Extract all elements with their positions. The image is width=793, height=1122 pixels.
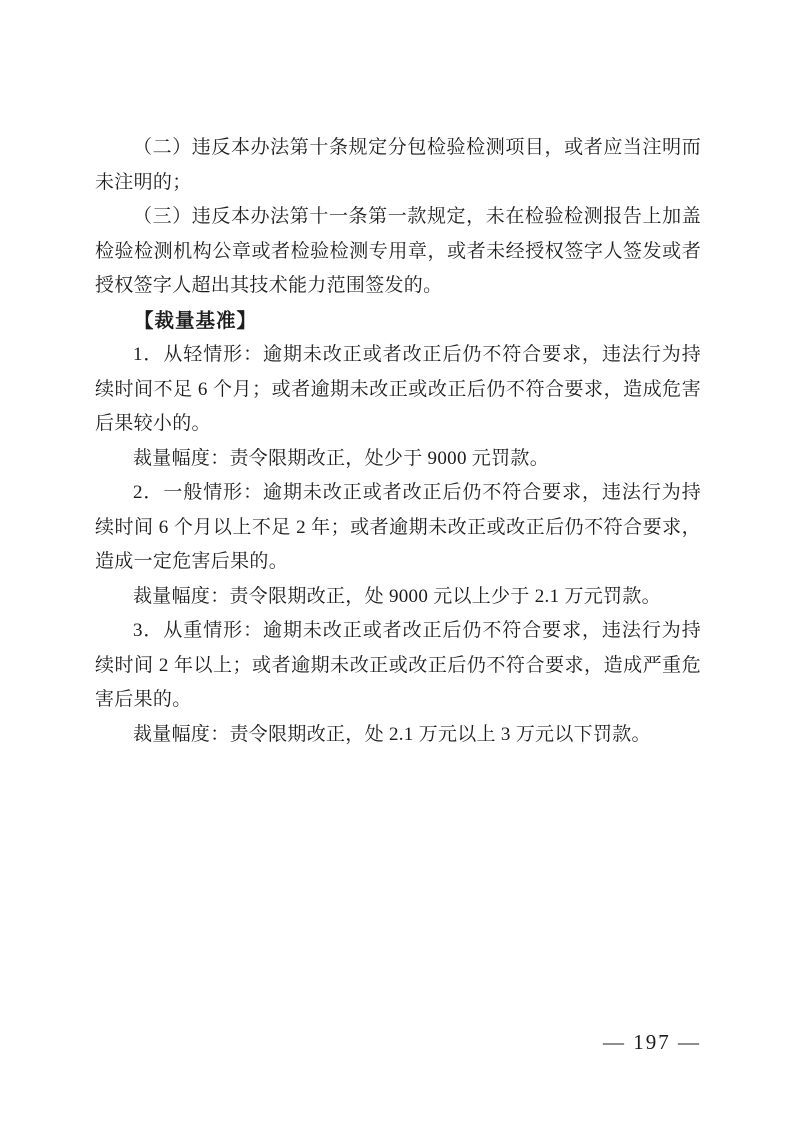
paragraph-severe-circumstance: 3．从重情形：逾期未改正或者改正后仍不符合要求，违法行为持续时间 2 年以上；或… <box>95 614 701 718</box>
page-footer: — 197 — <box>603 1030 701 1055</box>
paragraph-lenient-circumstance: 1．从轻情形：逾期未改正或者改正后仍不符合要求，违法行为持续时间不足 6 个月；… <box>95 338 701 442</box>
page-number: — 197 — <box>603 1030 701 1054</box>
paragraph-clause-3: （三）违反本办法第十一条第一款规定，未在检验检测报告上加盖检验检测机构公章或者检… <box>95 200 701 304</box>
paragraph-general-circumstance: 2．一般情形：逾期未改正或者改正后仍不符合要求，违法行为持续时间 6 个月以上不… <box>95 476 701 580</box>
paragraph-severe-range: 裁量幅度：责令限期改正，处 2.1 万元以上 3 万元以下罚款。 <box>95 718 701 753</box>
document-body: （二）违反本办法第十条规定分包检验检测项目，或者应当注明而未注明的； （三）违反… <box>95 131 701 752</box>
document-page: （二）违反本办法第十条规定分包检验检测项目，或者应当注明而未注明的； （三）违反… <box>0 0 793 1122</box>
paragraph-general-range: 裁量幅度：责令限期改正，处 9000 元以上少于 2.1 万元罚款。 <box>95 580 701 615</box>
paragraph-clause-2: （二）违反本办法第十条规定分包检验检测项目，或者应当注明而未注明的； <box>95 131 701 200</box>
section-heading-discretion-benchmark: 【裁量基准】 <box>95 304 701 339</box>
paragraph-lenient-range: 裁量幅度：责令限期改正，处少于 9000 元罚款。 <box>95 442 701 477</box>
